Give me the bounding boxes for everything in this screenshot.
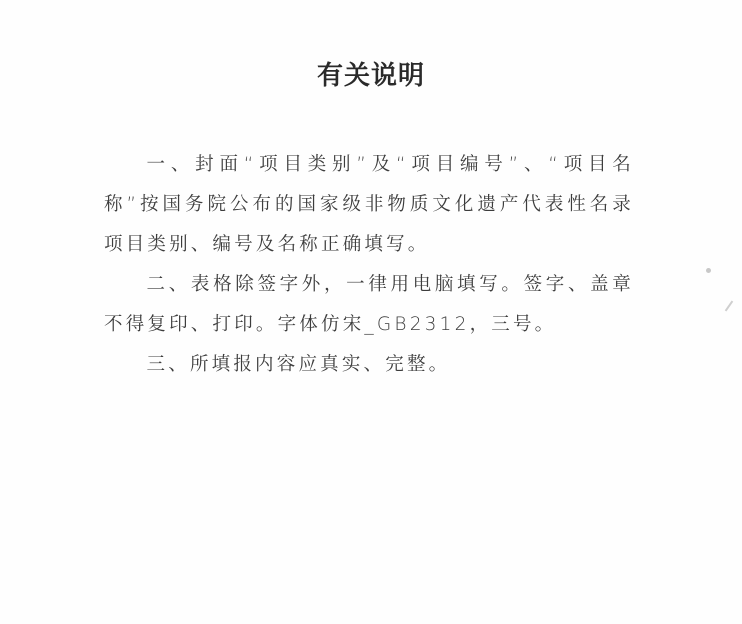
instruction-paragraph-1: 一、封面“项目类别”及“项目编号”、“项目名称”按国务院公布的国家级非物质文化遗… [104, 145, 634, 265]
page-title: 有关说明 [0, 55, 742, 92]
instruction-paragraph-3: 三、所填报内容应真实、完整。 [104, 345, 634, 385]
scan-scratch [725, 301, 734, 312]
instructions-body: 一、封面“项目类别”及“项目编号”、“项目名称”按国务院公布的国家级非物质文化遗… [104, 145, 634, 385]
document-page: 有关说明 一、封面“项目类别”及“项目编号”、“项目名称”按国务院公布的国家级非… [0, 0, 742, 624]
scan-speck [706, 268, 711, 273]
instruction-paragraph-2: 二、表格除签字外，一律用电脑填写。签字、盖章不得复印、打印。字体仿宋_GB231… [104, 265, 634, 345]
